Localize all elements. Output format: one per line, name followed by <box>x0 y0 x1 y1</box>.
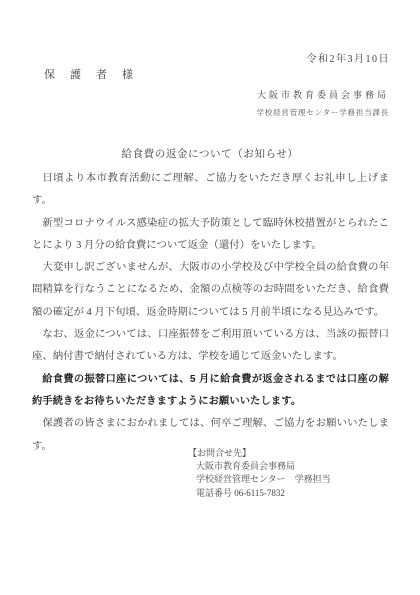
contact-department: 学校経営管理センター 学務担当 <box>188 473 331 486</box>
contact-phone: 電話番号 06-6115-7832 <box>188 487 331 500</box>
recipient: 保 護 者 様 <box>44 66 135 82</box>
letter-title: 給食費の返金について（お知らせ） <box>0 146 420 161</box>
paragraph-greeting: 日頃より本市教育活動にご理解、ご協力をいただき厚くお礼申し上げます。 <box>32 168 389 213</box>
sender-department: 学校経営管理センター学務担当課長 <box>257 107 390 118</box>
contact-organization: 大阪市教育委員会事務局 <box>188 460 331 473</box>
letter-body: 日頃より本市教育活動にご理解、ご協力をいただき厚くお礼申し上げます。 新型コロナ… <box>32 168 389 458</box>
paragraph-announcement: 新型コロナウイルス感染症の拡大予防策として臨時休校措置がとられたことにより 3 … <box>32 213 389 258</box>
sender-organization: 大阪市教育委員会事務局 <box>257 88 389 101</box>
letter-date: 令和2年3月10日 <box>307 50 391 65</box>
paragraph-bold-notice: 給食費の振替口座については、5 月に給食費が返金されるまでは口座の解約手続きをお… <box>32 369 389 414</box>
letter-page: 令和2年3月10日 保 護 者 様 大阪市教育委員会事務局 学校経営管理センター… <box>0 0 420 595</box>
contact-header: 【お問合せ先】 <box>188 447 331 460</box>
paragraph-apology: 大変申し訳ございませんが、大阪市の小学校及び中学校全員の給食費の年間精算を行なう… <box>32 257 389 324</box>
paragraph-refund-method: なお、返金については、口座振替をご利用頂いている方は、当該の振替口座、納付書で納… <box>32 324 389 369</box>
contact-block: 【お問合せ先】 大阪市教育委員会事務局 学校経営管理センター 学務担当 電話番号… <box>188 447 331 500</box>
